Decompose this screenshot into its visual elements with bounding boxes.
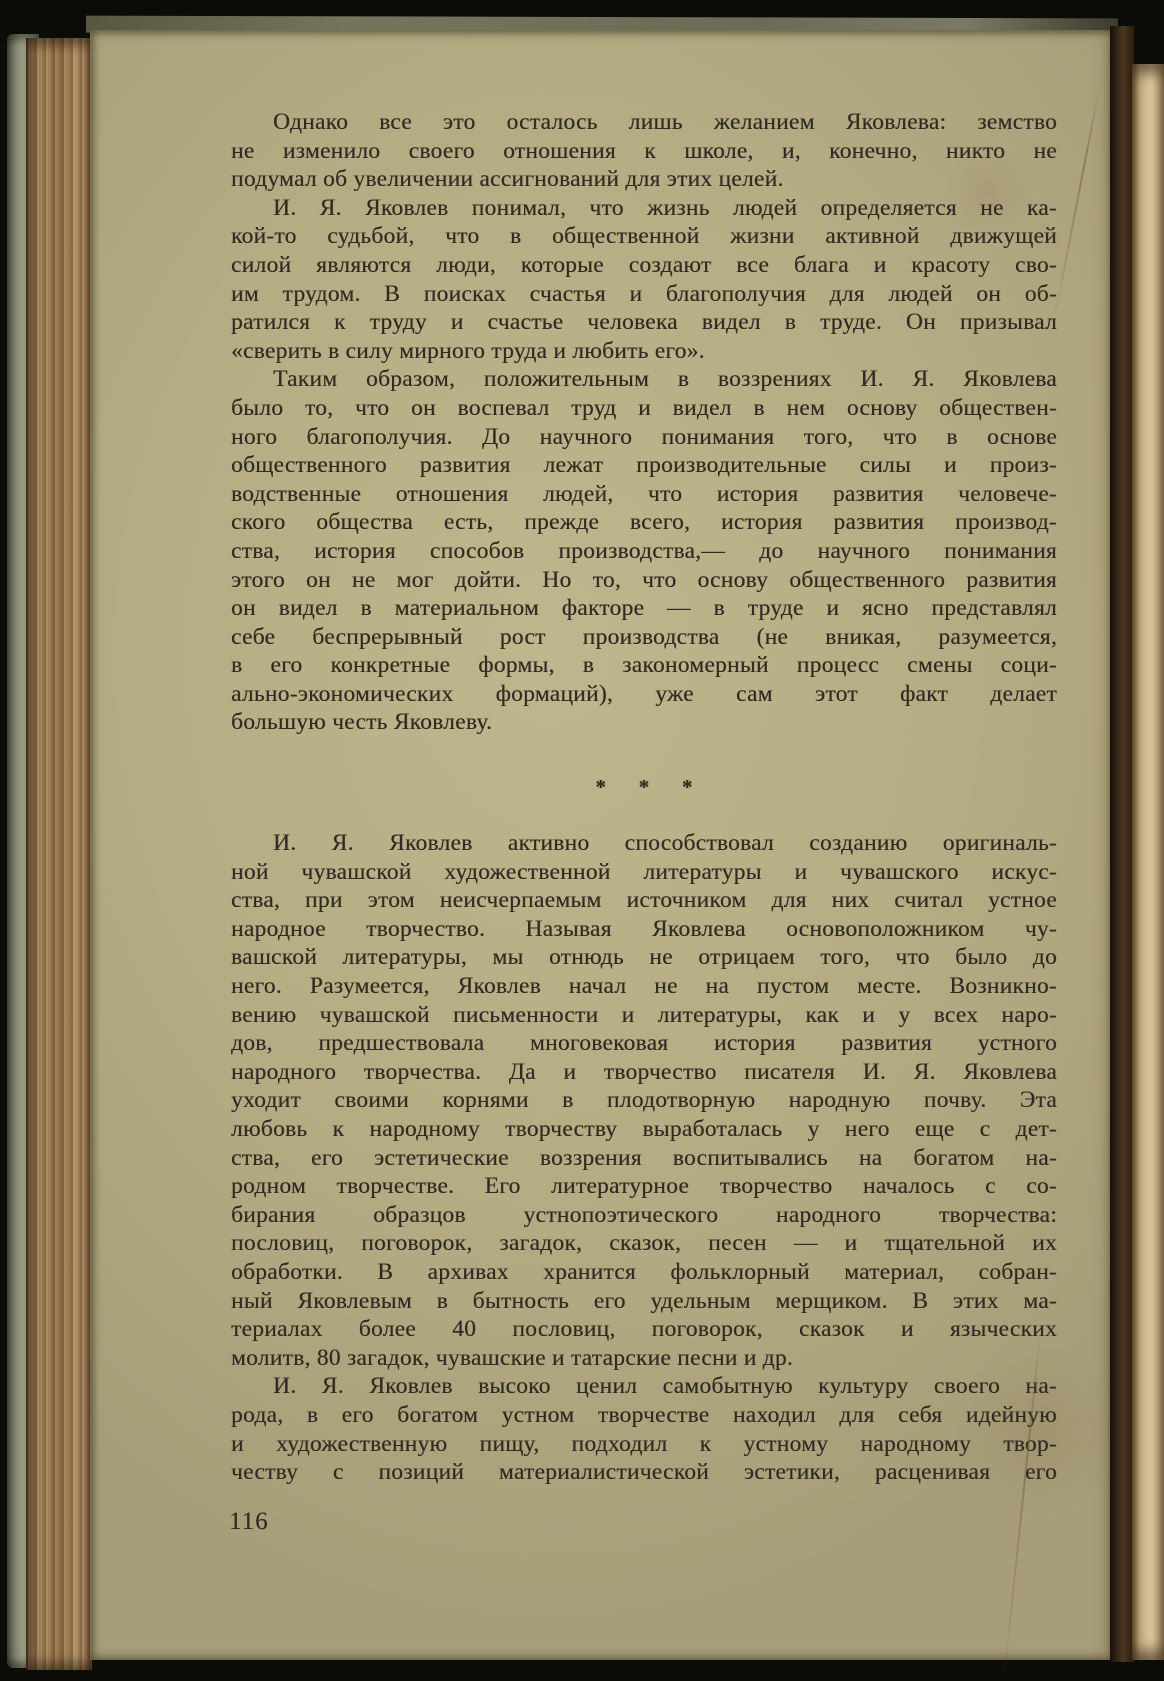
page-fold-gap bbox=[1110, 26, 1134, 1662]
text-block: Однако все это осталось лишь желанием Як… bbox=[231, 108, 1057, 1487]
text-line: честву с позиций материалистической эсте… bbox=[231, 1458, 1057, 1487]
text-line: общественного развития лежат производите… bbox=[231, 451, 1057, 480]
text-line: любовь к народному творчеству выработала… bbox=[231, 1115, 1057, 1144]
text-line: было то, что он воспевал труд и видел в … bbox=[231, 394, 1057, 423]
text-line: этого он не мог дойти. Но то, что основу… bbox=[231, 566, 1057, 595]
text-line: вашской литературы, мы отнюдь не отрицае… bbox=[231, 943, 1057, 972]
text-line: ной чувашской художественной литературы … bbox=[231, 858, 1057, 887]
paragraph: И. Я. Яковлев понимал, что жизнь людей о… bbox=[231, 194, 1057, 366]
text-line: И. Я. Яковлев высоко ценил самобытную ку… bbox=[231, 1372, 1057, 1401]
text-line: он видел в материальном факторе — в труд… bbox=[231, 594, 1057, 623]
text-line: обработки. В архивах хранится фольклорны… bbox=[231, 1258, 1057, 1287]
text-line: ратился к труду и счастье человека видел… bbox=[231, 308, 1057, 337]
paragraph: Таким образом, положительным в воззрения… bbox=[231, 365, 1057, 737]
text-line: и художественную пищу, подходил к устном… bbox=[231, 1430, 1057, 1459]
text-line: ского общества есть, прежде всего, истор… bbox=[231, 508, 1057, 537]
next-page-edge bbox=[1132, 64, 1164, 1660]
text-line: ства, его эстетические воззрения воспиты… bbox=[231, 1144, 1057, 1173]
text-line: ный Яковлевым в бытность его удельным ме… bbox=[231, 1287, 1057, 1316]
text-line: Однако все это осталось лишь желанием Як… bbox=[231, 108, 1057, 137]
text-line: ства, история способов производства,— до… bbox=[231, 537, 1057, 566]
text-line: родном творчестве. Его литературное твор… bbox=[231, 1172, 1057, 1201]
text-line: рода, в его богатом устном творчестве на… bbox=[231, 1401, 1057, 1430]
text-line: ально-экономических формаций), уже сам э… bbox=[231, 680, 1057, 709]
scanned-book-page: Однако все это осталось лишь желанием Як… bbox=[0, 0, 1164, 1681]
page-stack-edge bbox=[26, 38, 92, 1670]
text-line: териалах более 40 пословиц, поговорок, с… bbox=[231, 1315, 1057, 1344]
text-line: бирания образцов устнопоэтического народ… bbox=[231, 1201, 1057, 1230]
paragraph: Однако все это осталось лишь желанием Як… bbox=[231, 108, 1057, 194]
text-line: И. Я. Яковлев активно способствовал созд… bbox=[231, 829, 1057, 858]
text-line: водственные отношения людей, что история… bbox=[231, 480, 1057, 509]
text-line: подумал об увеличении ассигнований для э… bbox=[231, 165, 1057, 194]
text-line: в его конкретные формы, в закономерный п… bbox=[231, 651, 1057, 680]
text-line: силой являются люди, которые создают все… bbox=[231, 251, 1057, 280]
text-line: себе беспрерывный рост производства (не … bbox=[231, 623, 1057, 652]
text-line: пословиц, поговорок, загадок, сказок, пе… bbox=[231, 1229, 1057, 1258]
text-line: него. Разумеется, Яковлев начал не на пу… bbox=[231, 972, 1057, 1001]
section-separator: * * * bbox=[231, 737, 1057, 829]
paragraph: И. Я. Яковлев активно способствовал созд… bbox=[231, 829, 1057, 1372]
text-line: не изменило своего отношения к школе, и,… bbox=[231, 137, 1057, 166]
text-line: большую честь Яковлеву. bbox=[231, 708, 1057, 737]
text-line: народного творчества. Да и творчество пи… bbox=[231, 1058, 1057, 1087]
paragraph: И. Я. Яковлев высоко ценил самобытную ку… bbox=[231, 1372, 1057, 1486]
text-line: им трудом. В поисках счастья и благополу… bbox=[231, 280, 1057, 309]
text-line: вению чувашской письменности и литератур… bbox=[231, 1001, 1057, 1030]
text-line: Таким образом, положительным в воззрения… bbox=[231, 365, 1057, 394]
text-line: молитв, 80 загадок, чувашские и татарски… bbox=[231, 1344, 1057, 1373]
text-line: И. Я. Яковлев понимал, что жизнь людей о… bbox=[231, 194, 1057, 223]
text-line: ства, при этом неисчерпаемым источником … bbox=[231, 886, 1057, 915]
text-line: ного благополучия. До научного понимания… bbox=[231, 423, 1057, 452]
text-line: «сверить в силу мирного труда и любить е… bbox=[231, 337, 1057, 366]
page-number: 116 bbox=[229, 1508, 269, 1536]
text-line: дов, предшествовала многовековая история… bbox=[231, 1029, 1057, 1058]
text-line: народное творчество. Называя Яковлева ос… bbox=[231, 915, 1057, 944]
text-line: уходит своими корнями в плодотворную нар… bbox=[231, 1086, 1057, 1115]
book-page: Однако все это осталось лишь желанием Як… bbox=[90, 30, 1111, 1660]
text-line: кой-то судьбой, что в общественной жизни… bbox=[231, 222, 1057, 251]
